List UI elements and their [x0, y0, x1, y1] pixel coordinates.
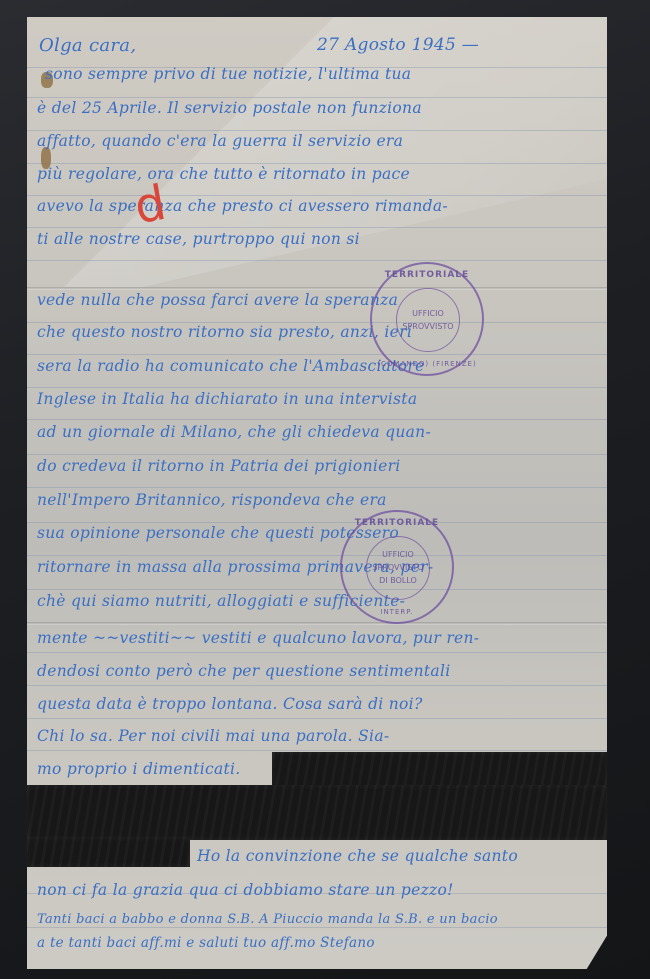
letter-line: avevo la speranza che presto ci avessero…: [37, 197, 448, 215]
fold-crease: [27, 287, 607, 290]
censor-stamp: TERRITORIALE UFFICIO SPROVVISTO DI BOLLO…: [340, 510, 454, 624]
signature-line: a te tanti baci aff.mi e saluti tuo aff.…: [37, 935, 375, 951]
letter-paper: Olga cara, 27 Agosto 1945 — sono sempre …: [27, 17, 607, 969]
salutation: Olga cara,: [39, 35, 136, 56]
letter-line: do credeva il ritorno in Patria dei prig…: [37, 457, 401, 475]
letter-line: vede nulla che possa farci avere la sper…: [37, 291, 398, 309]
censor-redaction: [27, 837, 190, 867]
letter-line: nell'Impero Britannico, rispondeva che e…: [37, 491, 387, 509]
letter-line: sera la radio ha comunicato che l'Ambasc…: [37, 357, 425, 375]
censor-stamp: TERRITORIALE UFFICIO SPROVVISTO (COMANDO…: [370, 262, 484, 376]
letter-line: Tanti baci a babbo e donna S.B. A Piucci…: [37, 912, 498, 927]
letter-line: è del 25 Aprile. Il servizio postale non…: [37, 99, 422, 117]
letter-line: mo proprio i dimenticati.: [37, 760, 241, 778]
letter-line: Ho la convinzione che se qualche santo: [197, 847, 518, 865]
letter-line: ad un giornale di Milano, che gli chiede…: [37, 423, 431, 441]
letter-line: non ci fa la grazia qua ci dobbiamo star…: [37, 881, 454, 899]
letter-line: che questo nostro ritorno sia presto, an…: [37, 323, 412, 341]
letter-line: sono sempre privo di tue notizie, l'ulti…: [45, 65, 411, 83]
letter-line: dendosi conto però che per questione sen…: [37, 662, 450, 680]
letter-line: Inglese in Italia ha dichiarato in una i…: [37, 390, 417, 408]
letter-line: affatto, quando c'era la guerra il servi…: [37, 132, 403, 150]
censor-redaction: [27, 785, 607, 840]
letter-line: più regolare, ora che tutto è ritornato …: [37, 165, 410, 183]
letter-line: Chi lo sa. Per noi civili mai una parola…: [37, 727, 389, 745]
letter-line: ti alle nostre case, purtroppo qui non s…: [37, 230, 360, 248]
letter-date: 27 Agosto 1945 —: [317, 35, 479, 55]
letter-line: mente ~~vestiti~~ vestiti e qualcuno lav…: [37, 629, 479, 647]
letter-line: questa data è troppo lontana. Cosa sarà …: [37, 695, 423, 713]
fold-crease: [27, 622, 607, 625]
